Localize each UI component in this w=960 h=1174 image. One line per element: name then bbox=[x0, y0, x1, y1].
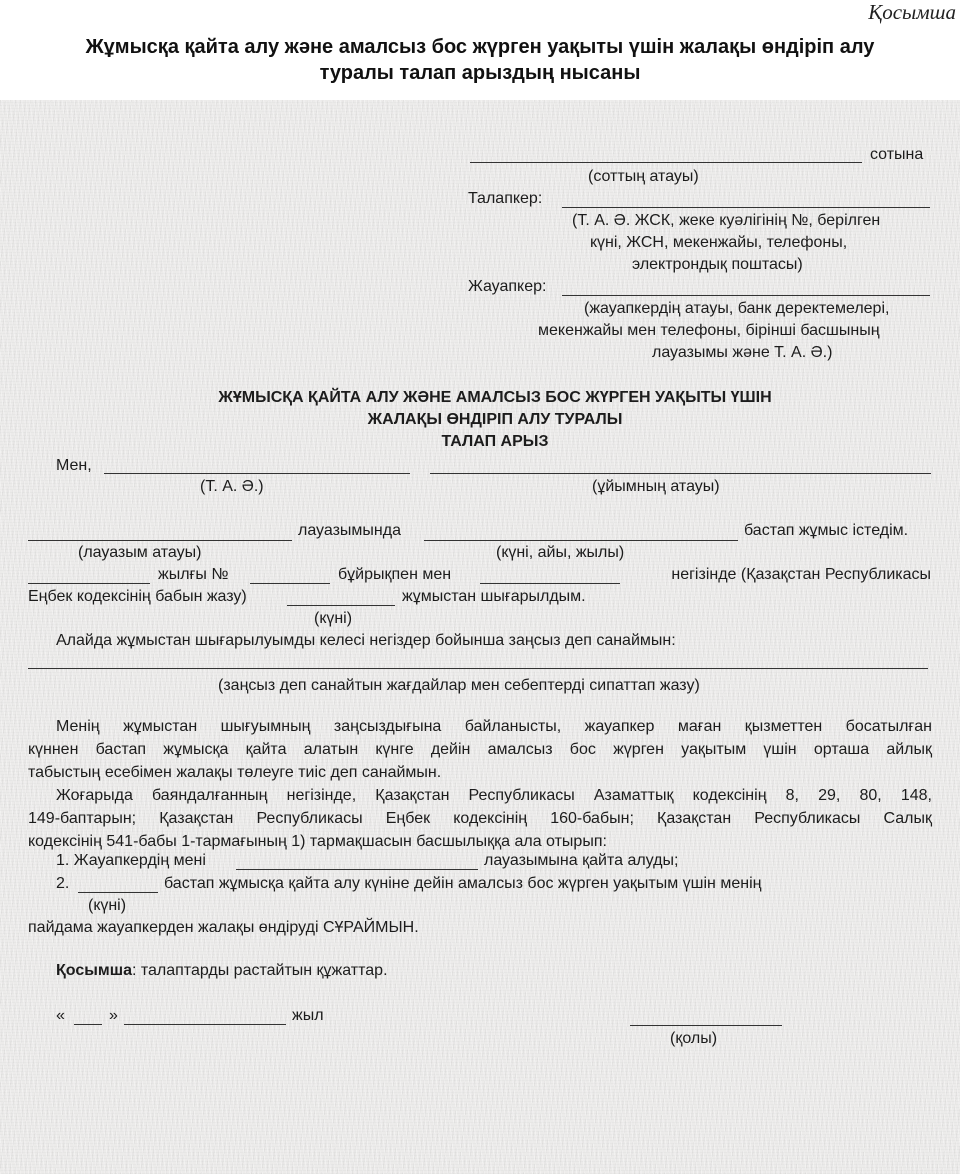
day-field[interactable] bbox=[74, 1024, 102, 1025]
plaintiff-caption-2: күні, ЖСН, мекенжайы, телефоны, bbox=[590, 233, 847, 253]
quote-close: » bbox=[109, 1006, 118, 1026]
para2-line3: кодексінің 541-бабы 1-тармағының 1) тарм… bbox=[28, 832, 607, 852]
reinstatement-position-field[interactable] bbox=[236, 869, 478, 870]
wage-start-date-field[interactable] bbox=[78, 892, 158, 893]
quote-open: « bbox=[56, 1006, 65, 1026]
i-label: Мен, bbox=[56, 456, 92, 476]
plaintiff-caption-1: (Т. А. Ә. ЖСК, жеке куәлігінің №, берілг… bbox=[572, 211, 880, 231]
attachment-label: Қосымша bbox=[56, 962, 132, 979]
organization-field[interactable] bbox=[430, 473, 931, 474]
plaintiff-caption-3: электрондық поштасы) bbox=[632, 255, 803, 275]
attachment-text: : талаптарды растайтын құжаттар. bbox=[132, 962, 388, 979]
dismissal-date-field[interactable] bbox=[287, 605, 395, 606]
started-work: бастап жұмыс істедім. bbox=[744, 521, 908, 541]
basis-text: негізінде (Қазақстан Республикасы bbox=[628, 565, 931, 585]
article-field[interactable] bbox=[480, 583, 620, 584]
defendant-caption-2: мекенжайы мен телефоны, бірінші басшының bbox=[538, 321, 880, 341]
attachment-line: Қосымша: талаптарды растайтын құжаттар. bbox=[56, 961, 388, 981]
start-date-field[interactable] bbox=[424, 540, 738, 541]
unlawful-intro: Алайда жұмыстан шығарылуымды келесі негі… bbox=[56, 631, 676, 651]
item2-prefix: 2. bbox=[56, 874, 69, 894]
annex-label: Қосымша bbox=[868, 0, 956, 25]
request-text: пайдама жауапкерден жалақы өндіруді СҰРА… bbox=[28, 918, 419, 938]
day-caption: (күні) bbox=[314, 609, 352, 629]
position-word: лауазымында bbox=[298, 521, 401, 541]
year-no: жылғы № bbox=[158, 565, 228, 585]
court-suffix: сотына bbox=[870, 145, 923, 165]
plaintiff-label: Талапкер: bbox=[468, 189, 542, 209]
item1-suffix: лауазымына қайта алуды; bbox=[484, 851, 678, 871]
org-caption: (ұйымның атауы) bbox=[592, 477, 720, 497]
date-caption: (күні, айы, жылы) bbox=[496, 543, 624, 563]
unlawful-caption: (заңсыз деп санайтын жағдайлар мен себеп… bbox=[218, 676, 700, 696]
position-caption: (лауазым атауы) bbox=[78, 543, 201, 563]
dismissed-text: жұмыстан шығарылдым. bbox=[402, 587, 586, 607]
month-field[interactable] bbox=[124, 1024, 286, 1025]
para1-line2: күннен бастап жұмысқа қайта алатын күнге… bbox=[28, 740, 932, 760]
claim-title-line3: ТАЛАП АРЫЗ bbox=[0, 432, 960, 452]
para2-line2: 149-баптарын; Қазақстан Республикасы Еңб… bbox=[28, 809, 932, 829]
court-caption: (соттың атауы) bbox=[588, 167, 699, 187]
item2-caption: (күні) bbox=[88, 896, 126, 916]
labor-code-text: Еңбек кодексінің бабын жазу) bbox=[28, 587, 247, 607]
form-paper: сотына (соттың атауы) Талапкер: (Т. А. Ә… bbox=[0, 100, 960, 1174]
year-word: жыл bbox=[292, 1006, 324, 1026]
position-field[interactable] bbox=[28, 540, 292, 541]
defendant-field[interactable] bbox=[562, 295, 930, 296]
para2-line1: Жоғарыда баяндалғанның негізінде, Қазақс… bbox=[56, 786, 932, 806]
para1-line3: табыстың есебімен жалақы төлеуге тиіс де… bbox=[28, 763, 441, 783]
reasons-field[interactable] bbox=[28, 668, 928, 669]
item1-prefix: 1. Жауапкердің мені bbox=[56, 851, 206, 871]
order-number-field[interactable] bbox=[250, 583, 330, 584]
court-name-field[interactable] bbox=[470, 162, 862, 163]
claim-title-line1: ЖҰМЫСҚА ҚАЙТА АЛУ ЖӘНЕ АМАЛСЫЗ БОС ЖҮРГЕ… bbox=[0, 388, 960, 408]
claim-title-line2: ЖАЛАҚЫ ӨНДІРІП АЛУ ТУРАЛЫ bbox=[0, 410, 960, 430]
defendant-caption-3: лауазымы және Т. А. Ә.) bbox=[652, 343, 832, 363]
signature-caption: (қолы) bbox=[670, 1029, 717, 1049]
order-date-field[interactable] bbox=[28, 583, 150, 584]
para1-line1: Менің жұмыстан шығуымның заңсыздығына ба… bbox=[56, 717, 932, 737]
signature-field[interactable] bbox=[630, 1025, 782, 1026]
defendant-label: Жауапкер: bbox=[468, 277, 546, 297]
order-by: бұйрықпен мен bbox=[338, 565, 451, 585]
name-caption: (Т. А. Ә.) bbox=[200, 477, 264, 497]
plaintiff-field[interactable] bbox=[562, 207, 930, 208]
document-title: Жұмысқа қайта алу және амалсыз бос жүрге… bbox=[0, 34, 960, 86]
document-title-line1: Жұмысқа қайта алу және амалсыз бос жүрге… bbox=[0, 34, 960, 60]
name-field[interactable] bbox=[104, 473, 410, 474]
document-title-line2: туралы талап арыздың нысаны bbox=[0, 60, 960, 86]
defendant-caption-1: (жауапкердің атауы, банк деректемелері, bbox=[584, 299, 889, 319]
item2-suffix: бастап жұмысқа қайта алу күніне дейін ам… bbox=[164, 874, 761, 894]
